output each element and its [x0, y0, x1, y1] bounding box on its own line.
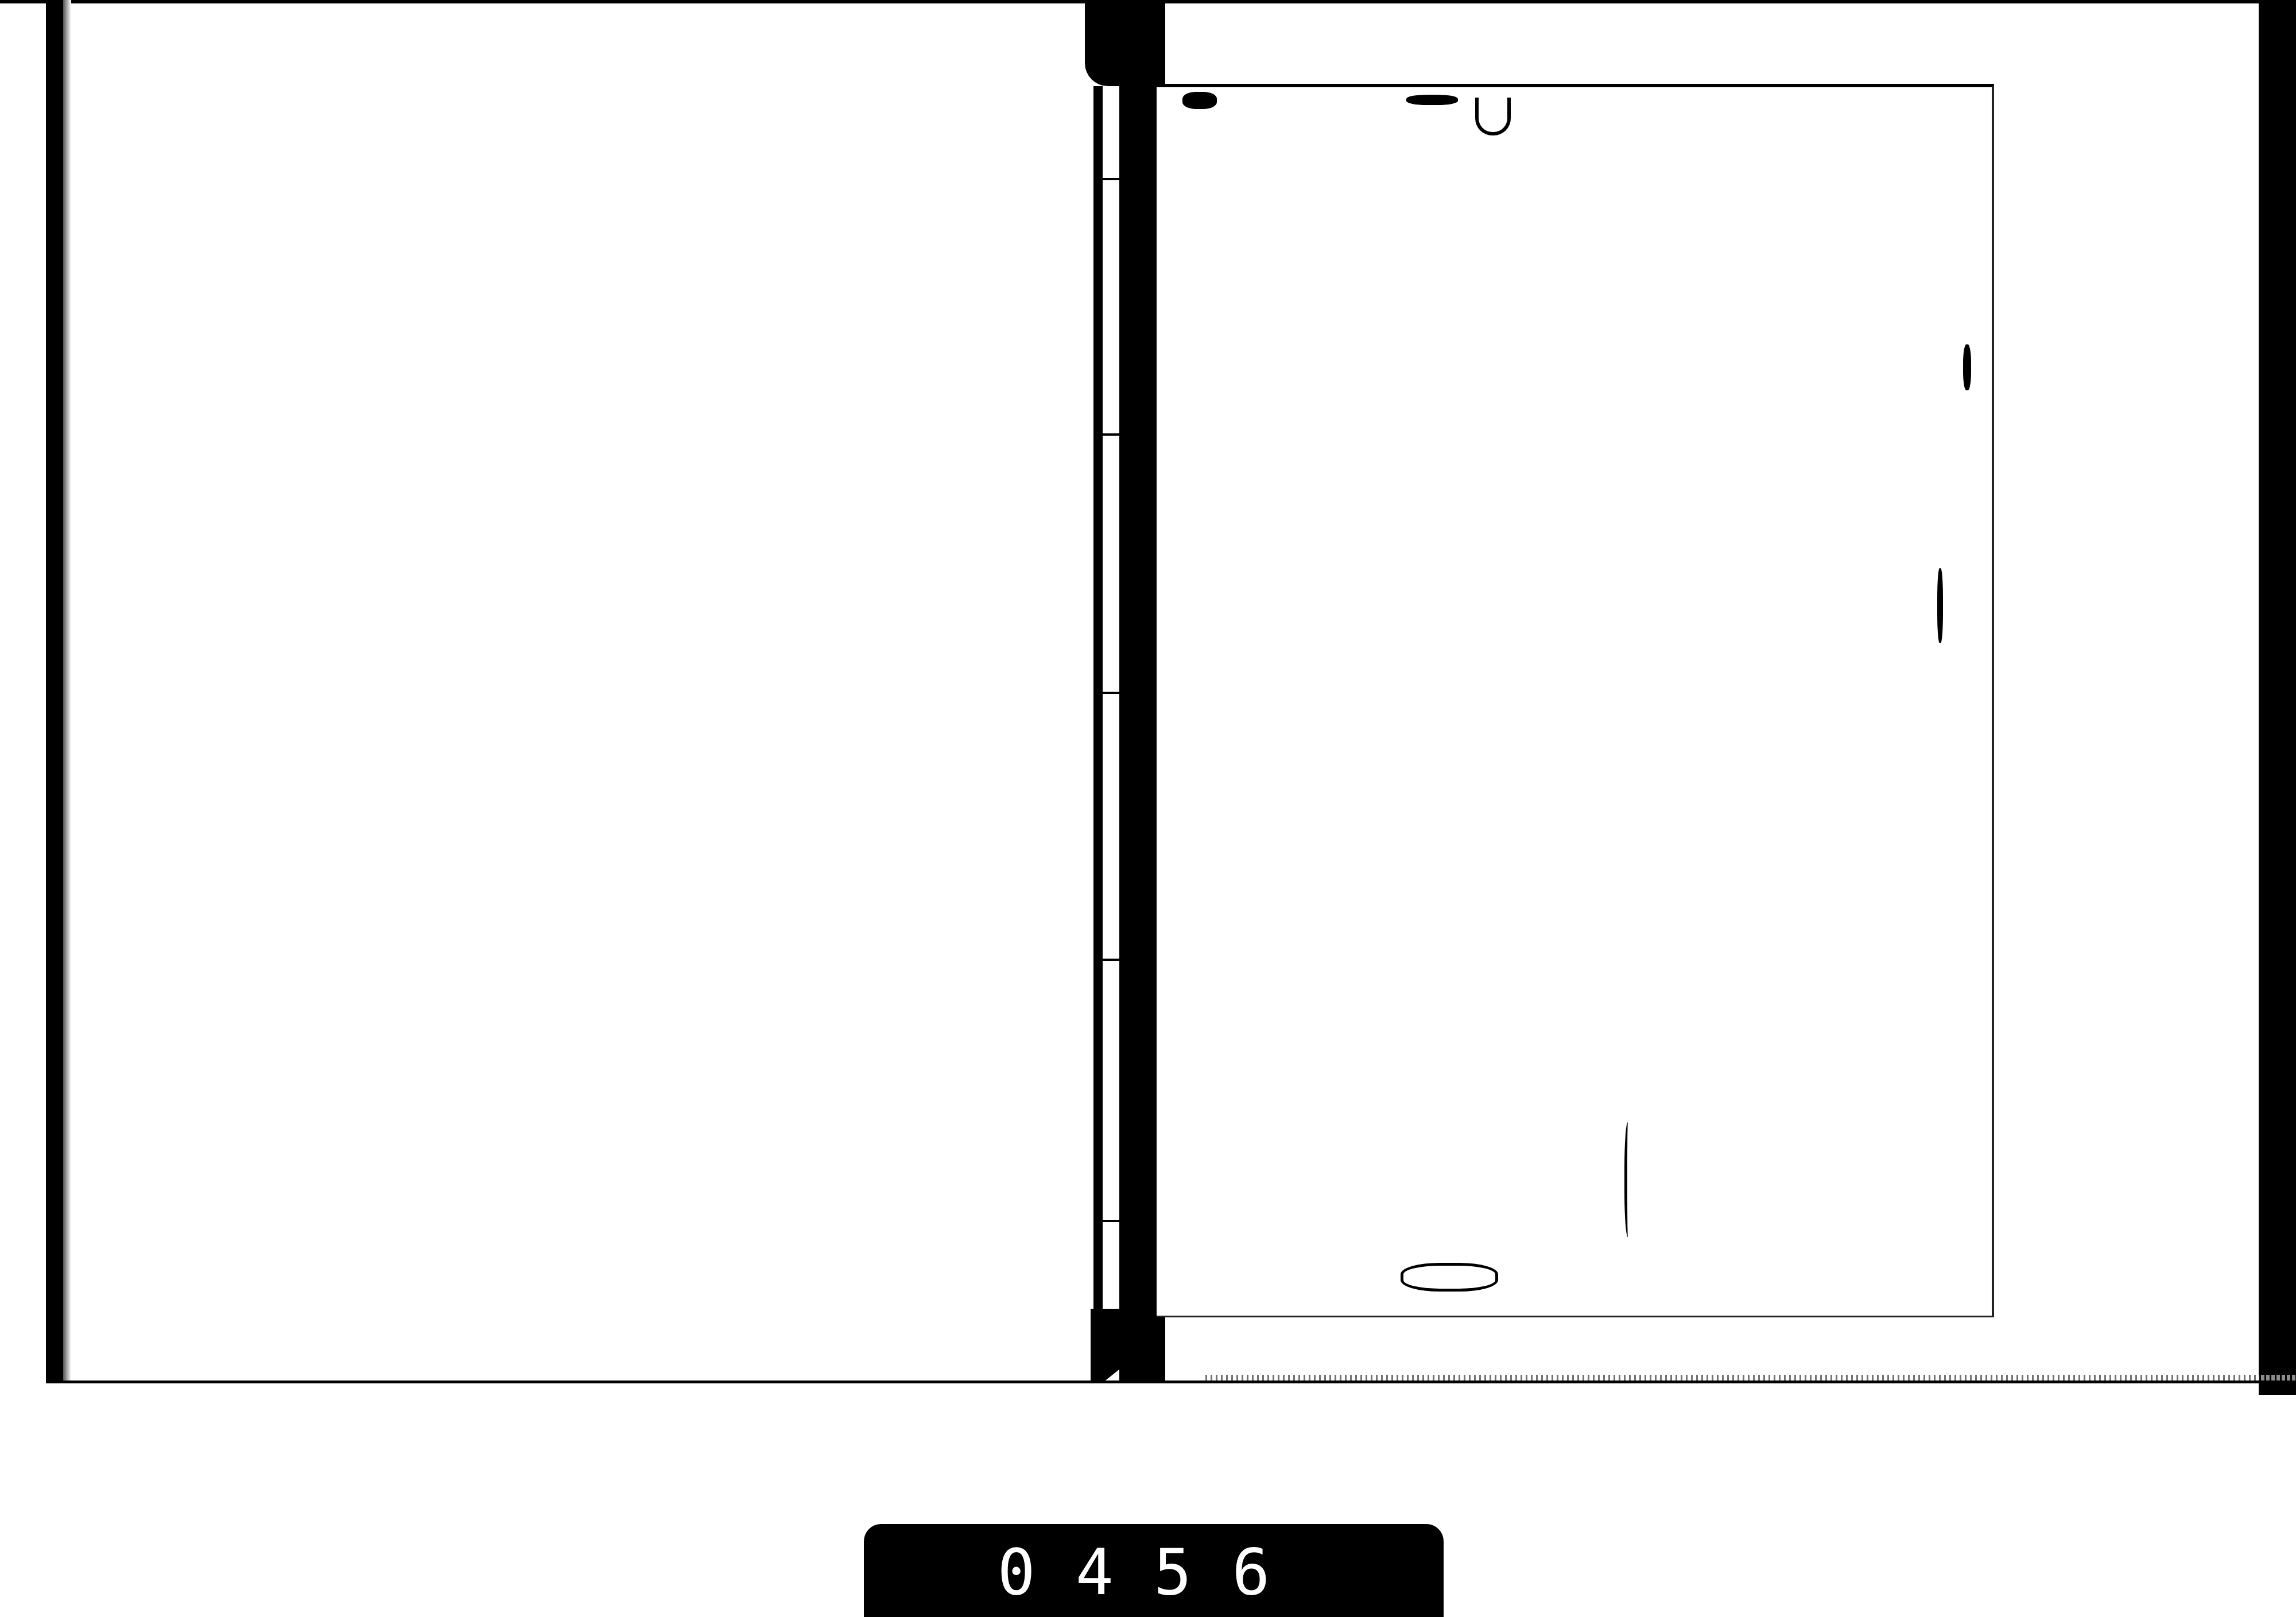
left-edge-shadow	[63, 0, 71, 1383]
left-page-edge	[46, 0, 63, 1383]
spine-divider	[1103, 178, 1154, 180]
scan-artifact	[1475, 98, 1511, 135]
spine-tab-line	[1144, 86, 1147, 1309]
scan-artifact	[1406, 95, 1458, 105]
scan-artifact	[1401, 1263, 1498, 1292]
stitched-spine-tabs	[1103, 86, 1143, 1309]
frame-number: 0456	[864, 1535, 1444, 1609]
spine-divider	[1103, 959, 1154, 961]
spine-bottom	[1091, 1309, 1165, 1383]
frame-number-label: 0456	[864, 1524, 1444, 1617]
scan-artifact	[1624, 1122, 1633, 1237]
scan-artifact	[1937, 568, 1943, 643]
left-page	[49, 3, 1099, 1383]
spine-divider	[1103, 692, 1154, 694]
right-page-edge	[2259, 0, 2296, 1395]
spine-left-edge	[1093, 86, 1103, 1378]
spine-divider	[1103, 433, 1154, 436]
scan-artifact	[1182, 92, 1217, 109]
scan-artifact	[1963, 344, 1971, 390]
spine-divider	[1103, 1220, 1154, 1222]
bottom-border	[52, 1381, 2296, 1383]
right-page	[1157, 84, 1994, 1317]
book-spread-scan	[0, 0, 2296, 1395]
